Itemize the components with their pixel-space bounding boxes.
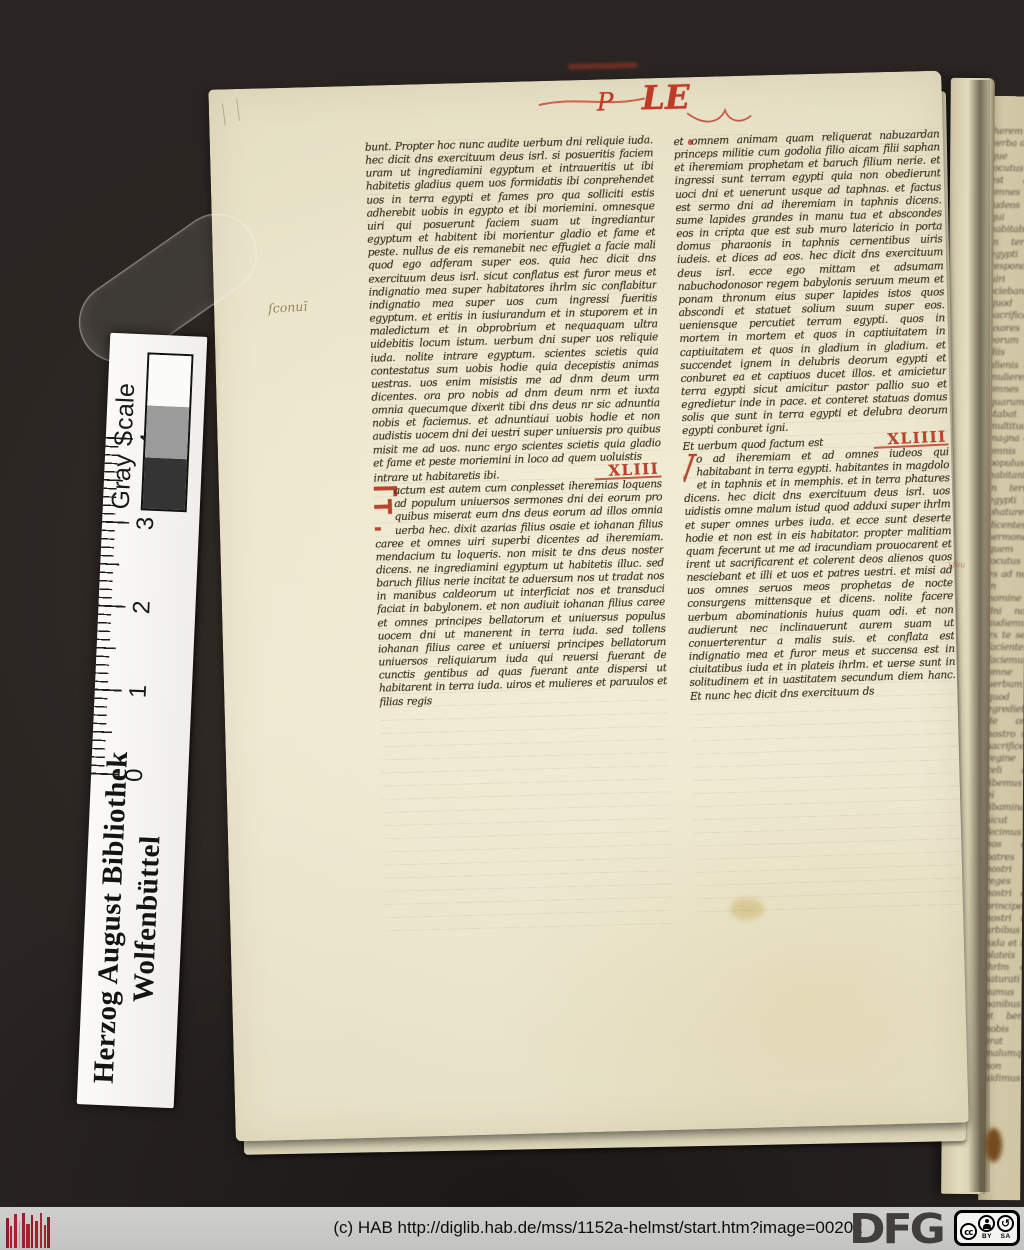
- running-header-left: P: [596, 87, 616, 116]
- pencil-mark: [222, 98, 240, 126]
- cc-glyph: cc: [964, 1228, 972, 1238]
- cc-license-badge: cc BY ↺ SA: [954, 1210, 1020, 1246]
- col2-text-b: Vo ad iheremiam et ad omnes iudeos qui h…: [683, 446, 956, 704]
- col1-text-a: bunt. Propter hoc nunc audite uerbum dni…: [365, 134, 661, 469]
- grayscale-section: Gray Scale: [107, 341, 194, 512]
- ruler-number-1: 1: [124, 681, 153, 702]
- institution-label: Herzog August Bibliothek Wolfenbüttel: [85, 733, 173, 1104]
- col1-text-b-body: actum est autem cum conplesset iheremias…: [375, 478, 667, 708]
- text-column-left: bunt. Propter hoc nunc audite uerbum dni…: [365, 134, 674, 933]
- cc-sa-icon: ↺ SA: [997, 1215, 1014, 1240]
- rubric-initial-f: F: [365, 487, 391, 534]
- quire-mark: yſau: [948, 560, 966, 570]
- dfg-logo: DFG: [849, 1206, 943, 1250]
- gray-patch-mid: [145, 406, 189, 459]
- cc-sa-label: SA: [1001, 1233, 1011, 1240]
- running-header-right: LE: [641, 77, 690, 117]
- gutter-shadow: [968, 80, 990, 1192]
- text-column-right: et omnem animam quam reliquerat nabuzard…: [673, 128, 962, 916]
- margin-gloss: ſconuī: [268, 299, 308, 316]
- manuscript-page: PLE ſconuī bunt. Propter hoc nunc audite…: [208, 71, 968, 1142]
- col2-text-a: et omnem animam quam reliquerat nabuzard…: [673, 128, 947, 437]
- ruler-number-2: 2: [128, 597, 157, 618]
- share-alike-arrow-icon: ↺: [1001, 1219, 1010, 1229]
- digitized-manuscript-photo: iherem uerba dni que locutus est ad omne…: [0, 0, 1024, 1250]
- running-header: PLE: [596, 77, 690, 118]
- ruler-number-0: 0: [121, 765, 150, 786]
- footer-bar: (c) HAB http://diglib.hab.de/mss/1152a-h…: [0, 1207, 1024, 1250]
- ruler-number-3: 3: [132, 513, 161, 534]
- copyright-url-text: (c) HAB http://diglib.hab.de/mss/1152a-h…: [333, 1218, 862, 1238]
- chapter-number-xliiii: XLIIII: [873, 430, 949, 449]
- cc-by-icon: BY: [978, 1215, 995, 1240]
- cc-icon: cc: [960, 1215, 977, 1240]
- col2-text-b-body: o ad iheremiam et ad omnes iudeos qui ha…: [684, 446, 956, 703]
- gray-patch-white: [147, 354, 191, 407]
- cc-by-label: BY: [982, 1233, 992, 1240]
- calibration-barcode-icon: [6, 1212, 50, 1248]
- gray-patch-dark: [143, 457, 187, 510]
- binding-leather-spot: [985, 1128, 1002, 1162]
- col1-text-b: Factum est autem cum conplesset iheremia…: [374, 478, 668, 709]
- grayscale-label: Gray Scale: [107, 341, 143, 510]
- chapter-number-xliii: XLIII: [594, 462, 661, 480]
- person-icon: [983, 1219, 991, 1229]
- rubric-initial-v: V: [673, 454, 693, 483]
- grayscale-patches: [141, 352, 194, 512]
